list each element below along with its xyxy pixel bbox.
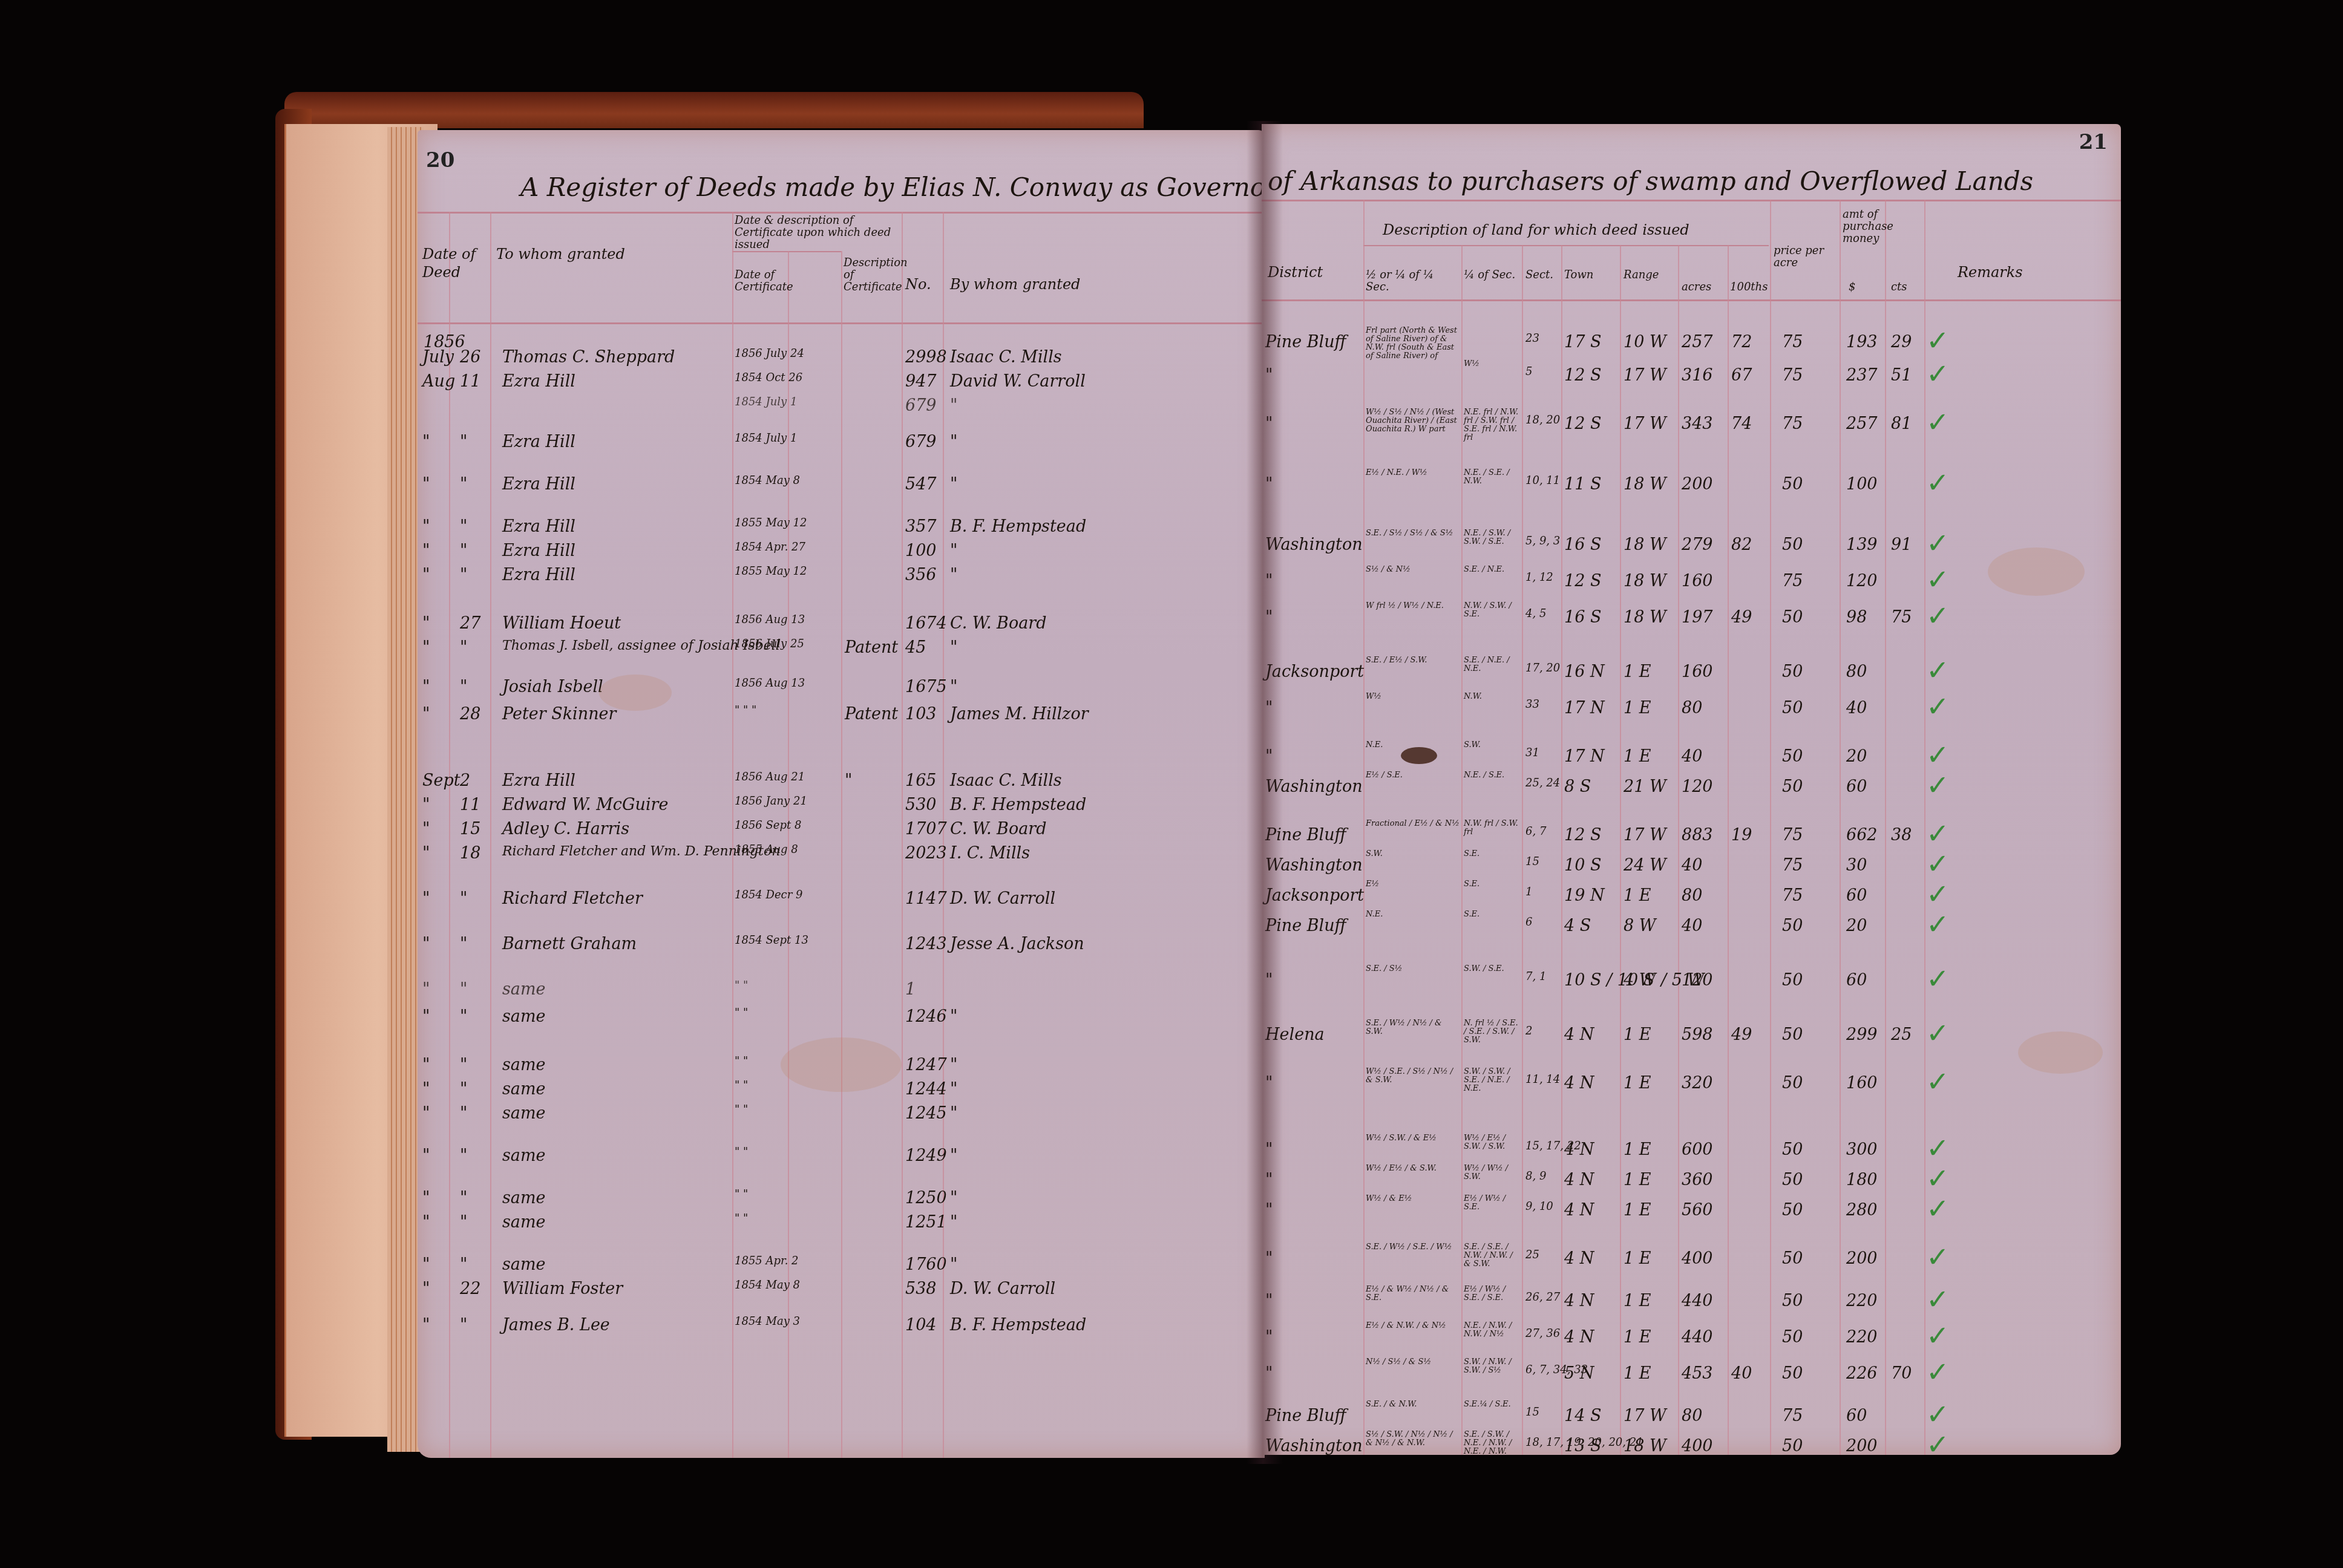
township: 4 N <box>1564 1249 1594 1268</box>
range: 8 W <box>1624 916 1656 935</box>
purchase-dollars: 200 <box>1846 1249 1878 1268</box>
part-of-quarter: S.W. <box>1366 850 1460 858</box>
granted-by: B. F. Hempstead <box>950 517 1086 536</box>
check-mark-icon: ✓ <box>1926 690 1950 723</box>
section: 25 <box>1525 1249 1539 1261</box>
deed-month: " <box>422 820 430 838</box>
price-per-acre: 75 <box>1782 1406 1803 1425</box>
ledger-title-left: A Register of Deeds made by Elias N. Con… <box>520 172 1277 202</box>
part-of-quarter: S½ / S.W. / N½ / N½ / & N½ / & N.W. <box>1366 1431 1460 1448</box>
deed-month: " <box>422 1316 430 1334</box>
deed-month: " <box>422 433 430 451</box>
deed-day: 28 <box>460 705 480 724</box>
grantee-name: same <box>502 1255 546 1274</box>
price-per-acre: 50 <box>1782 777 1803 796</box>
col-rule <box>1561 245 1562 1455</box>
certificate-date: 1854 Decr 9 <box>735 889 802 901</box>
book-cover-top-edge <box>284 92 1144 128</box>
deed-day: " <box>460 1080 467 1099</box>
deed-day: 11 <box>460 372 480 391</box>
acres-hundredths: 72 <box>1731 333 1752 351</box>
deed-day: " <box>460 638 467 657</box>
certificate-date: 1854 Sept 13 <box>735 935 808 947</box>
purchase-dollars: 280 <box>1846 1201 1878 1220</box>
check-mark-icon: ✓ <box>1926 1132 1950 1165</box>
deed-day: " <box>460 566 467 584</box>
paper-stain <box>1988 547 2085 596</box>
granted-by: D. W. Carroll <box>950 1279 1055 1298</box>
deed-day: 11 <box>460 795 480 814</box>
part-of-quarter: S.E. / W½ / N½ / & S.W. <box>1366 1019 1460 1036</box>
price-per-acre: 50 <box>1782 608 1803 627</box>
acres: 560 <box>1682 1201 1713 1220</box>
deed-month: Aug <box>422 372 455 391</box>
page-number-left: 20 <box>426 148 454 172</box>
section: 15 <box>1525 856 1539 868</box>
col-rule <box>1678 245 1679 1455</box>
range: 1 E <box>1624 1364 1651 1383</box>
price-per-acre: 50 <box>1782 1364 1803 1383</box>
acres: 400 <box>1682 1249 1713 1268</box>
acres-hundredths: 67 <box>1731 366 1752 385</box>
certificate-number: 100 <box>905 541 937 560</box>
section: 11, 14 <box>1525 1074 1560 1086</box>
check-mark-icon: ✓ <box>1926 1162 1950 1195</box>
section: 5, 9, 3 <box>1525 535 1560 547</box>
certificate-number: 1243 <box>905 935 947 953</box>
price-per-acre: 50 <box>1782 916 1803 935</box>
check-mark-icon: ✓ <box>1926 1319 1950 1352</box>
deed-day: " <box>460 541 467 560</box>
quarter-section: S.E. / S.W. / N.E. / N.W. / N.E. / N.W. <box>1464 1431 1521 1456</box>
range: 21 W <box>1624 777 1666 796</box>
part-of-quarter: N.E. <box>1366 910 1460 919</box>
right-page: 21 of Arkansas to purchasers of swamp an… <box>1262 124 2121 1455</box>
paper-stain <box>2018 1031 2103 1074</box>
granted-by: " <box>950 1056 957 1074</box>
range: 17 W <box>1624 366 1666 385</box>
grantee-name: Ezra Hill <box>502 433 575 451</box>
range: 1 E <box>1624 1249 1651 1268</box>
part-of-quarter: W½ / S.W. / & E½ <box>1366 1134 1460 1143</box>
quarter-section: S.W. <box>1464 741 1521 750</box>
acres: 160 <box>1682 662 1713 681</box>
certificate-date: 1856 July 25 <box>735 638 804 650</box>
certificate-date: 1856 Sept 8 <box>735 820 801 832</box>
deed-month: " <box>422 1189 430 1207</box>
header-date-of-deed: Date of Deed <box>422 245 489 281</box>
purchase-dollars: 60 <box>1846 886 1867 905</box>
certificate-date: " " <box>735 1213 748 1225</box>
section: 10, 11 <box>1525 475 1560 487</box>
section: 6 <box>1525 916 1532 929</box>
acres: 360 <box>1682 1171 1713 1189</box>
township: 17 N <box>1564 699 1605 717</box>
deed-day: 26 <box>460 348 480 367</box>
quarter-section: N. frl ½ / S.E. / S.E. / S.W. / S.W. <box>1464 1019 1521 1045</box>
certificate-number: 2998 <box>905 348 947 367</box>
deed-month: " <box>422 889 430 908</box>
book-gutter <box>1247 121 1283 1464</box>
granted-by: " <box>950 1189 957 1207</box>
purchase-dollars: 193 <box>1846 333 1878 351</box>
deed-day: 15 <box>460 820 480 838</box>
acres: 400 <box>1682 1437 1713 1455</box>
deed-day: " <box>460 1316 467 1334</box>
granted-by: Isaac C. Mills <box>950 348 1062 367</box>
purchase-dollars: 100 <box>1846 475 1878 494</box>
deed-day: " <box>460 1213 467 1232</box>
deed-month: " <box>422 1255 430 1274</box>
granted-by: " <box>950 1213 957 1232</box>
deed-day: " <box>460 678 467 696</box>
certificate-number: 2023 <box>905 844 947 863</box>
price-per-acre: 50 <box>1782 662 1803 681</box>
certificate-date: 1854 July 1 <box>735 433 797 445</box>
deed-month: " <box>422 1213 430 1232</box>
deed-day: " <box>460 1146 467 1165</box>
deed-month: " <box>422 614 430 633</box>
purchase-cents: 25 <box>1891 1025 1912 1044</box>
range: 17 W <box>1624 414 1666 433</box>
certificate-number: 1245 <box>905 1104 947 1123</box>
header-number: No. <box>905 275 931 293</box>
granted-by: " <box>950 566 957 584</box>
purchase-dollars: 180 <box>1846 1171 1878 1189</box>
col-rule <box>1461 245 1463 1455</box>
township: 4 S <box>1564 916 1591 935</box>
section: 17, 20 <box>1525 662 1560 675</box>
check-mark-icon: ✓ <box>1926 1428 1950 1461</box>
deed-month: " <box>422 678 430 696</box>
check-mark-icon: ✓ <box>1926 769 1950 802</box>
deed-day: " <box>460 935 467 953</box>
part-of-quarter: S.E. / & N.W. <box>1366 1400 1460 1409</box>
price-per-acre: 50 <box>1782 535 1803 554</box>
acres: 279 <box>1682 535 1713 554</box>
deed-month: " <box>422 1279 430 1298</box>
township: 14 S <box>1564 1406 1601 1425</box>
header-description-of-certificate: Description of Certificate <box>844 257 900 293</box>
acres: 40 <box>1682 747 1702 766</box>
deed-month: " <box>422 475 430 494</box>
acres: 40 <box>1682 916 1702 935</box>
granted-by: " <box>950 541 957 560</box>
acres: 197 <box>1682 608 1713 627</box>
purchase-cents: 91 <box>1891 535 1912 554</box>
col-rule <box>1363 200 1365 1455</box>
purchase-dollars: 120 <box>1846 572 1878 590</box>
acres: 40 <box>1682 856 1702 875</box>
purchase-cents: 81 <box>1891 414 1912 433</box>
township: 4 N <box>1564 1025 1594 1044</box>
certificate-date: " " <box>735 1189 748 1201</box>
purchase-dollars: 200 <box>1846 1437 1878 1455</box>
quarter-section: N.E. frl / N.W. frl / S.W. frl / S.E. fr… <box>1464 408 1521 442</box>
part-of-quarter: W½ / & E½ <box>1366 1195 1460 1203</box>
certificate-description: Patent <box>845 638 898 657</box>
header-hundredths: 100ths <box>1730 281 1768 293</box>
deed-month: " <box>422 517 430 536</box>
header-by-whom-granted: By whom granted <box>950 275 1080 293</box>
granted-by: C. W. Board <box>950 820 1046 838</box>
granted-by: James M. Hillzor <box>950 705 1089 724</box>
quarter-section: S.E.¼ / S.E. <box>1464 1400 1521 1409</box>
grantee-name: Peter Skinner <box>502 705 616 724</box>
granted-by: B. F. Hempstead <box>950 1316 1086 1334</box>
deed-month: " <box>422 1104 430 1123</box>
range: 17 W <box>1624 826 1666 844</box>
certificate-number: 947 <box>905 372 937 391</box>
range: 1 E <box>1624 1025 1651 1044</box>
purchase-cents: 51 <box>1891 366 1912 385</box>
acres: 440 <box>1682 1292 1713 1310</box>
header-town: Town <box>1564 269 1593 281</box>
certificate-date: " " <box>735 1056 748 1068</box>
section: 26, 27 <box>1525 1292 1560 1304</box>
granted-by: " <box>950 396 957 415</box>
certificate-number: 103 <box>905 705 937 724</box>
acres: 257 <box>1682 333 1713 351</box>
part-of-quarter: S.E. / S½ / S½ / & S½ <box>1366 529 1460 538</box>
range: 18 W <box>1624 475 1666 494</box>
acres: 120 <box>1682 777 1713 796</box>
check-mark-icon: ✓ <box>1926 739 1950 771</box>
deed-month: " <box>422 980 430 999</box>
purchase-dollars: 220 <box>1846 1328 1878 1347</box>
township: 11 S <box>1564 475 1601 494</box>
purchase-dollars: 220 <box>1846 1292 1878 1310</box>
granted-by: " <box>950 475 957 494</box>
check-mark-icon: ✓ <box>1926 848 1950 880</box>
certificate-number: 1246 <box>905 1007 947 1026</box>
quarter-section: S.W. / S.E. <box>1464 965 1521 973</box>
price-per-acre: 50 <box>1782 699 1803 717</box>
check-mark-icon: ✓ <box>1926 1192 1950 1225</box>
col-rule <box>1885 200 1886 1455</box>
certificate-date: 1854 July 1 <box>735 396 797 408</box>
certificate-number: 1249 <box>905 1146 947 1165</box>
grantee-name: Josiah Isbell <box>502 678 603 696</box>
certificate-date: " " <box>735 1104 748 1116</box>
deed-day: " <box>460 980 467 999</box>
grantee-name: James B. Lee <box>502 1316 610 1334</box>
certificate-number: 45 <box>905 638 926 657</box>
quarter-section: N.E. / N.W. / N.W. / N½ <box>1464 1322 1521 1339</box>
quarter-section: S.W. / S.W. / S.E. / N.E. / N.E. <box>1464 1068 1521 1093</box>
granted-by: " <box>950 433 957 451</box>
township: 12 S <box>1564 572 1601 590</box>
price-per-acre: 50 <box>1782 1201 1803 1220</box>
price-per-acre: 75 <box>1782 856 1803 875</box>
certificate-number: 357 <box>905 517 937 536</box>
certificate-date: 1855 May 12 <box>735 566 807 578</box>
purchase-cents: 38 <box>1891 826 1912 844</box>
header-price-per-acre: price per acre <box>1774 245 1837 269</box>
acres-hundredths: 49 <box>1731 1025 1752 1044</box>
part-of-quarter: S.E. / S½ <box>1366 965 1460 973</box>
deed-day: " <box>460 1104 467 1123</box>
section: 6, 7 <box>1525 826 1546 838</box>
purchase-dollars: 299 <box>1846 1025 1878 1044</box>
certificate-date: 1855 Apr. 2 <box>735 1255 799 1267</box>
certificate-date: 1854 Oct 26 <box>735 372 802 384</box>
acres: 316 <box>1682 366 1713 385</box>
deed-day: " <box>460 475 467 494</box>
grantee-name: Richard Fletcher <box>502 889 643 908</box>
acres-hundredths: 49 <box>1731 608 1752 627</box>
certificate-group-rule <box>732 251 841 252</box>
certificate-description: " <box>845 771 852 790</box>
granted-by: Jesse A. Jackson <box>950 935 1084 953</box>
price-per-acre: 75 <box>1782 366 1803 385</box>
check-mark-icon: ✓ <box>1926 1356 1950 1388</box>
grantee-name: same <box>502 980 546 999</box>
price-per-acre: 75 <box>1782 826 1803 844</box>
deed-month: " <box>422 844 430 863</box>
granted-by: David W. Carroll <box>950 372 1086 391</box>
header-date-of-certificate: Date of Certificate <box>735 269 787 293</box>
part-of-quarter: W frl ½ / W½ / N.E. <box>1366 602 1460 610</box>
range: 18 W <box>1624 535 1666 554</box>
ledger-title-right: of Arkansas to purchasers of swamp and O… <box>1268 166 2033 196</box>
range: 1 E <box>1624 1140 1651 1159</box>
check-mark-icon: ✓ <box>1926 1241 1950 1273</box>
quarter-section: E½ / W½ / S.E. / S.E. <box>1464 1285 1521 1302</box>
certificate-date: 1854 Apr. 27 <box>735 541 805 554</box>
certificate-number: 1251 <box>905 1213 947 1232</box>
part-of-quarter: W½ / S.E. / S½ / N½ / & S.W. <box>1366 1068 1460 1085</box>
deed-day: " <box>460 889 467 908</box>
check-mark-icon: ✓ <box>1926 1017 1950 1050</box>
quarter-section: W½ / W½ / S.W. <box>1464 1165 1521 1181</box>
check-mark-icon: ✓ <box>1926 324 1950 357</box>
check-mark-icon: ✓ <box>1926 1398 1950 1431</box>
check-mark-icon: ✓ <box>1926 599 1950 632</box>
col-rule <box>732 212 733 1458</box>
township: 10 S <box>1564 856 1601 875</box>
certificate-number: 679 <box>905 396 937 415</box>
range: 18 W <box>1624 1437 1666 1455</box>
grantee-name: Ezra Hill <box>502 475 575 494</box>
col-rule <box>1620 245 1621 1455</box>
check-mark-icon: ✓ <box>1926 1283 1950 1316</box>
deed-month: " <box>422 1080 430 1099</box>
acres: 883 <box>1682 826 1713 844</box>
range: 17 W <box>1624 1406 1666 1425</box>
price-per-acre: 50 <box>1782 1074 1803 1093</box>
quarter-section: E½ / W½ / S.E. <box>1464 1195 1521 1212</box>
deed-day: " <box>460 1007 467 1026</box>
purchase-dollars: 20 <box>1846 916 1867 935</box>
township: 16 S <box>1564 608 1601 627</box>
certificate-date: 1856 Aug 13 <box>735 678 805 690</box>
range: 1 E <box>1624 1201 1651 1220</box>
township: 4 N <box>1564 1328 1594 1347</box>
header-remarks: Remarks <box>1958 263 2023 281</box>
deed-month: " <box>422 1007 430 1026</box>
grantee-name: Adley C. Harris <box>502 820 629 838</box>
grantee-name: Thomas C. Sheppard <box>502 348 675 367</box>
price-per-acre: 75 <box>1782 333 1803 351</box>
land-group-rule <box>1363 245 1769 246</box>
acres: 343 <box>1682 414 1713 433</box>
certificate-date: " " <box>735 1007 748 1019</box>
deed-month: " <box>422 1146 430 1165</box>
grantee-name: Ezra Hill <box>502 372 575 391</box>
acres: 80 <box>1682 1406 1702 1425</box>
purchase-dollars: 662 <box>1846 826 1878 844</box>
acres-hundredths: 40 <box>1731 1364 1752 1383</box>
price-per-acre: 50 <box>1782 1140 1803 1159</box>
quarter-section: S.E. / N.E. / N.E. <box>1464 656 1521 673</box>
township: 4 N <box>1564 1140 1594 1159</box>
deed-day: " <box>460 1189 467 1207</box>
deed-month: Sept <box>422 771 460 790</box>
paper-stain <box>781 1037 902 1092</box>
range: 1 E <box>1624 1292 1651 1310</box>
grantee-name: same <box>502 1007 546 1026</box>
certificate-number: 538 <box>905 1279 937 1298</box>
certificate-date: " " <box>735 1146 748 1158</box>
section: 25, 24 <box>1525 777 1560 789</box>
check-mark-icon: ✓ <box>1926 878 1950 910</box>
purchase-cents: 70 <box>1891 1364 1912 1383</box>
header-rule-bottom <box>1262 299 2121 301</box>
part-of-quarter: N½ / S½ / & S½ <box>1366 1358 1460 1367</box>
acres: 160 <box>1682 572 1713 590</box>
section: 18, 20 <box>1525 414 1560 426</box>
granted-by: I. C. Mills <box>950 844 1030 863</box>
deed-month: " <box>422 638 430 657</box>
quarter-section: S.W. / N.W. / S.W. / S½ <box>1464 1358 1521 1375</box>
deed-day: 2 <box>460 771 470 790</box>
check-mark-icon: ✓ <box>1926 358 1950 390</box>
part-of-quarter: E½ / S.E. <box>1366 771 1460 780</box>
certificate-date: 1856 Jany 21 <box>735 795 807 808</box>
acres: 200 <box>1682 475 1713 494</box>
range: 1 E <box>1624 747 1651 766</box>
purchase-dollars: 237 <box>1846 366 1878 385</box>
price-per-acre: 75 <box>1782 572 1803 590</box>
township: 12 S <box>1564 366 1601 385</box>
granted-by: D. W. Carroll <box>950 889 1055 908</box>
header-amount-of-purchase-money: amt of purchase money <box>1843 209 1921 245</box>
quarter-section: N.W. / S.W. / S.E. <box>1464 602 1521 619</box>
purchase-dollars: 98 <box>1846 608 1867 627</box>
part-of-quarter: Fractional / E½ / & N½ <box>1366 820 1460 828</box>
township: 16 N <box>1564 662 1605 681</box>
check-mark-icon: ✓ <box>1926 563 1950 596</box>
col-rule <box>490 212 491 1458</box>
col-rule <box>1924 200 1925 1455</box>
grantee-name: same <box>502 1189 546 1207</box>
certificate-date: 1855 May 12 <box>735 517 807 529</box>
acres-hundredths: 19 <box>1731 826 1752 844</box>
acres: 453 <box>1682 1364 1713 1383</box>
header-sect: Sect. <box>1525 269 1553 281</box>
certificate-number: 1147 <box>905 889 947 908</box>
check-mark-icon: ✓ <box>1926 406 1950 439</box>
quarter-section: W½ / E½ / S.W. / S.W. <box>1464 1134 1521 1151</box>
col-rule <box>1840 200 1841 1455</box>
certificate-number: 1674 <box>905 614 947 633</box>
part-of-quarter: S½ / & N½ <box>1366 566 1460 574</box>
deed-month: " <box>422 541 430 560</box>
certificate-number: 1 <box>905 980 916 999</box>
section: 15 <box>1525 1406 1539 1419</box>
range: 24 W <box>1624 856 1666 875</box>
